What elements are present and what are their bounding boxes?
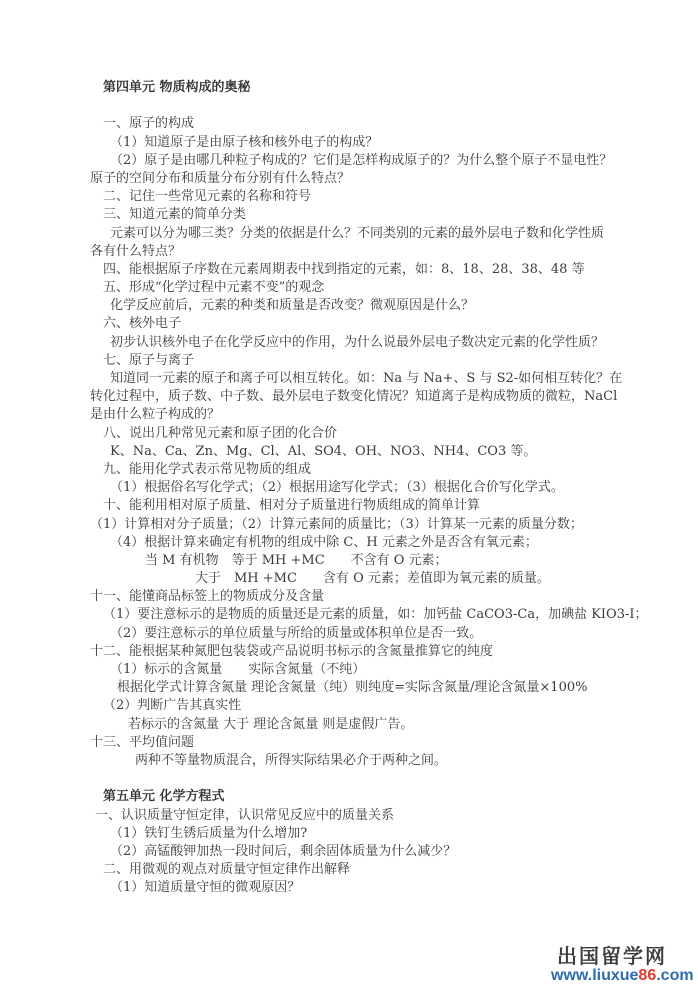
doc-line: 当 M 有机物 等于 MH +MC 不含有 O 元素； bbox=[90, 552, 650, 570]
watermark-site-name: 出国留学网 bbox=[551, 946, 694, 968]
doc-line: 八、说出几种常见元素和原子团的化合价 bbox=[90, 425, 650, 443]
doc-line: （4）根据计算来确定有机物的组成中除 C、H 元素之外是否含有氧元素； bbox=[90, 534, 650, 552]
doc-line: 十一、能懂商品标签上的物质成分及含量 bbox=[90, 588, 650, 606]
doc-line: 是由什么粒子构成的？ bbox=[90, 406, 650, 424]
document-body: 第四单元 物质构成的奥秘一、原子的构成（1）知道原子是由原子核和核外电子的构成？… bbox=[90, 79, 650, 897]
doc-line: 若标示的含氮量 大于 理论含氮量 则是虚假广告。 bbox=[90, 716, 650, 734]
doc-line: 知道同一元素的原子和离子可以相互转化。如：Na 与 Na+、S 与 S2-如何相… bbox=[90, 370, 650, 388]
doc-line: 元素可以分为哪三类？分类的依据是什么？不同类别的元素的最外层电子数和化学性质 bbox=[90, 225, 650, 243]
doc-line: （2）原子是由哪几种粒子构成的？它们是怎样构成原子的？为什么整个原子不显电性？ bbox=[90, 152, 650, 170]
doc-line: K、Na、Ca、Zn、Mg、Cl、Al、SO4、OH、NO3、NH4、CO3 等… bbox=[90, 443, 650, 461]
doc-line: 大于 MH +MC 含有 O 元素；差值即为氧元素的质量。 bbox=[90, 570, 650, 588]
doc-line: 五、形成“化学过程中元素不变”的观念 bbox=[90, 279, 650, 297]
doc-line: 转化过程中，质子数、中子数、最外层电子数变化情况？知道离子是构成物质的微粒，Na… bbox=[90, 388, 650, 406]
section-heading: 第五单元 化学方程式 bbox=[90, 788, 650, 806]
doc-line: 三、知道元素的简单分类 bbox=[90, 206, 650, 224]
doc-line: 七、原子与离子 bbox=[90, 352, 650, 370]
section-heading: 第四单元 物质构成的奥秘 bbox=[90, 79, 650, 97]
doc-line: 两种不等量物质混合，所得实际结果必介于两种之间。 bbox=[90, 752, 650, 770]
doc-line bbox=[90, 97, 650, 115]
doc-line: （1）要注意标示的是物质的质量还是元素的质量，如：加钙盐 CaCO3-Ca，加碘… bbox=[90, 606, 650, 624]
watermark-url-number: 86 bbox=[638, 967, 656, 984]
watermark-url-suffix: .com bbox=[656, 967, 693, 984]
doc-line: 一、认识质量守恒定律，认识常见反应中的质量关系 bbox=[90, 807, 650, 825]
doc-line: （1）根据俗名写化学式；（2）根据用途写化学式；（3）根据化合价写化学式。 bbox=[90, 479, 650, 497]
doc-line: 十三、平均值问题 bbox=[90, 734, 650, 752]
doc-line: （1）计算相对分子质量；（2）计算元素间的质量比；（3）计算某一元素的质量分数； bbox=[90, 516, 650, 534]
watermark-url: www.liuxue86.com bbox=[551, 968, 694, 984]
watermark-url-prefix: www.liuxue bbox=[551, 967, 638, 984]
doc-line: 十、能利用相对原子质量、相对分子质量进行物质组成的简单计算 bbox=[90, 497, 650, 515]
doc-line: 六、核外电子 bbox=[90, 315, 650, 333]
doc-line: 化学反应前后，元素的种类和质量是否改变？微观原因是什么？ bbox=[90, 297, 650, 315]
doc-line: （1）知道原子是由原子核和核外电子的构成？ bbox=[90, 134, 650, 152]
doc-line: 二、记住一些常见元素的名称和符号 bbox=[90, 188, 650, 206]
doc-line: 二、用微观的观点对质量守恒定律作出解释 bbox=[90, 861, 650, 879]
doc-line: 四、能根据原子序数在元素周期表中找到指定的元素，如：8、18、28、38、48 … bbox=[90, 261, 650, 279]
doc-line: （1）知道质量守恒的微观原因？ bbox=[90, 879, 650, 897]
doc-line: （2）要注意标示的单位质量与所给的质量或体积单位是否一致。 bbox=[90, 625, 650, 643]
doc-line: （1）铁钉生锈后质量为什么增加? bbox=[90, 825, 650, 843]
doc-line: 原子的空间分布和质量分布分别有什么特点？ bbox=[90, 170, 650, 188]
watermark: 出国留学网 www.liuxue86.com bbox=[551, 946, 694, 984]
doc-line: （2）高锰酸钾加热一段时间后，剩余固体质量为什么减少？ bbox=[90, 843, 650, 861]
doc-line: （1）标示的含氮量 实际含氮量（不纯） bbox=[90, 661, 650, 679]
doc-line: （2）判断广告其真实性 bbox=[90, 697, 650, 715]
doc-line: 各有什么特点？ bbox=[90, 243, 650, 261]
doc-line: 一、原子的构成 bbox=[90, 115, 650, 133]
doc-line: 根据化学式计算含氮量 理论含氮量（纯）则纯度=实际含氮量/理论含氮量×100% bbox=[90, 679, 650, 697]
document-page: 第四单元 物质构成的奥秘一、原子的构成（1）知道原子是由原子核和核外电子的构成？… bbox=[0, 0, 698, 988]
doc-line: 初步认识核外电子在化学反应中的作用，为什么说最外层电子数决定元素的化学性质？ bbox=[90, 334, 650, 352]
doc-line bbox=[90, 770, 650, 788]
doc-line: 十二、能根据某种氮肥包装袋或产品说明书标示的含氮量推算它的纯度 bbox=[90, 643, 650, 661]
doc-line: 九、能用化学式表示常见物质的组成 bbox=[90, 461, 650, 479]
